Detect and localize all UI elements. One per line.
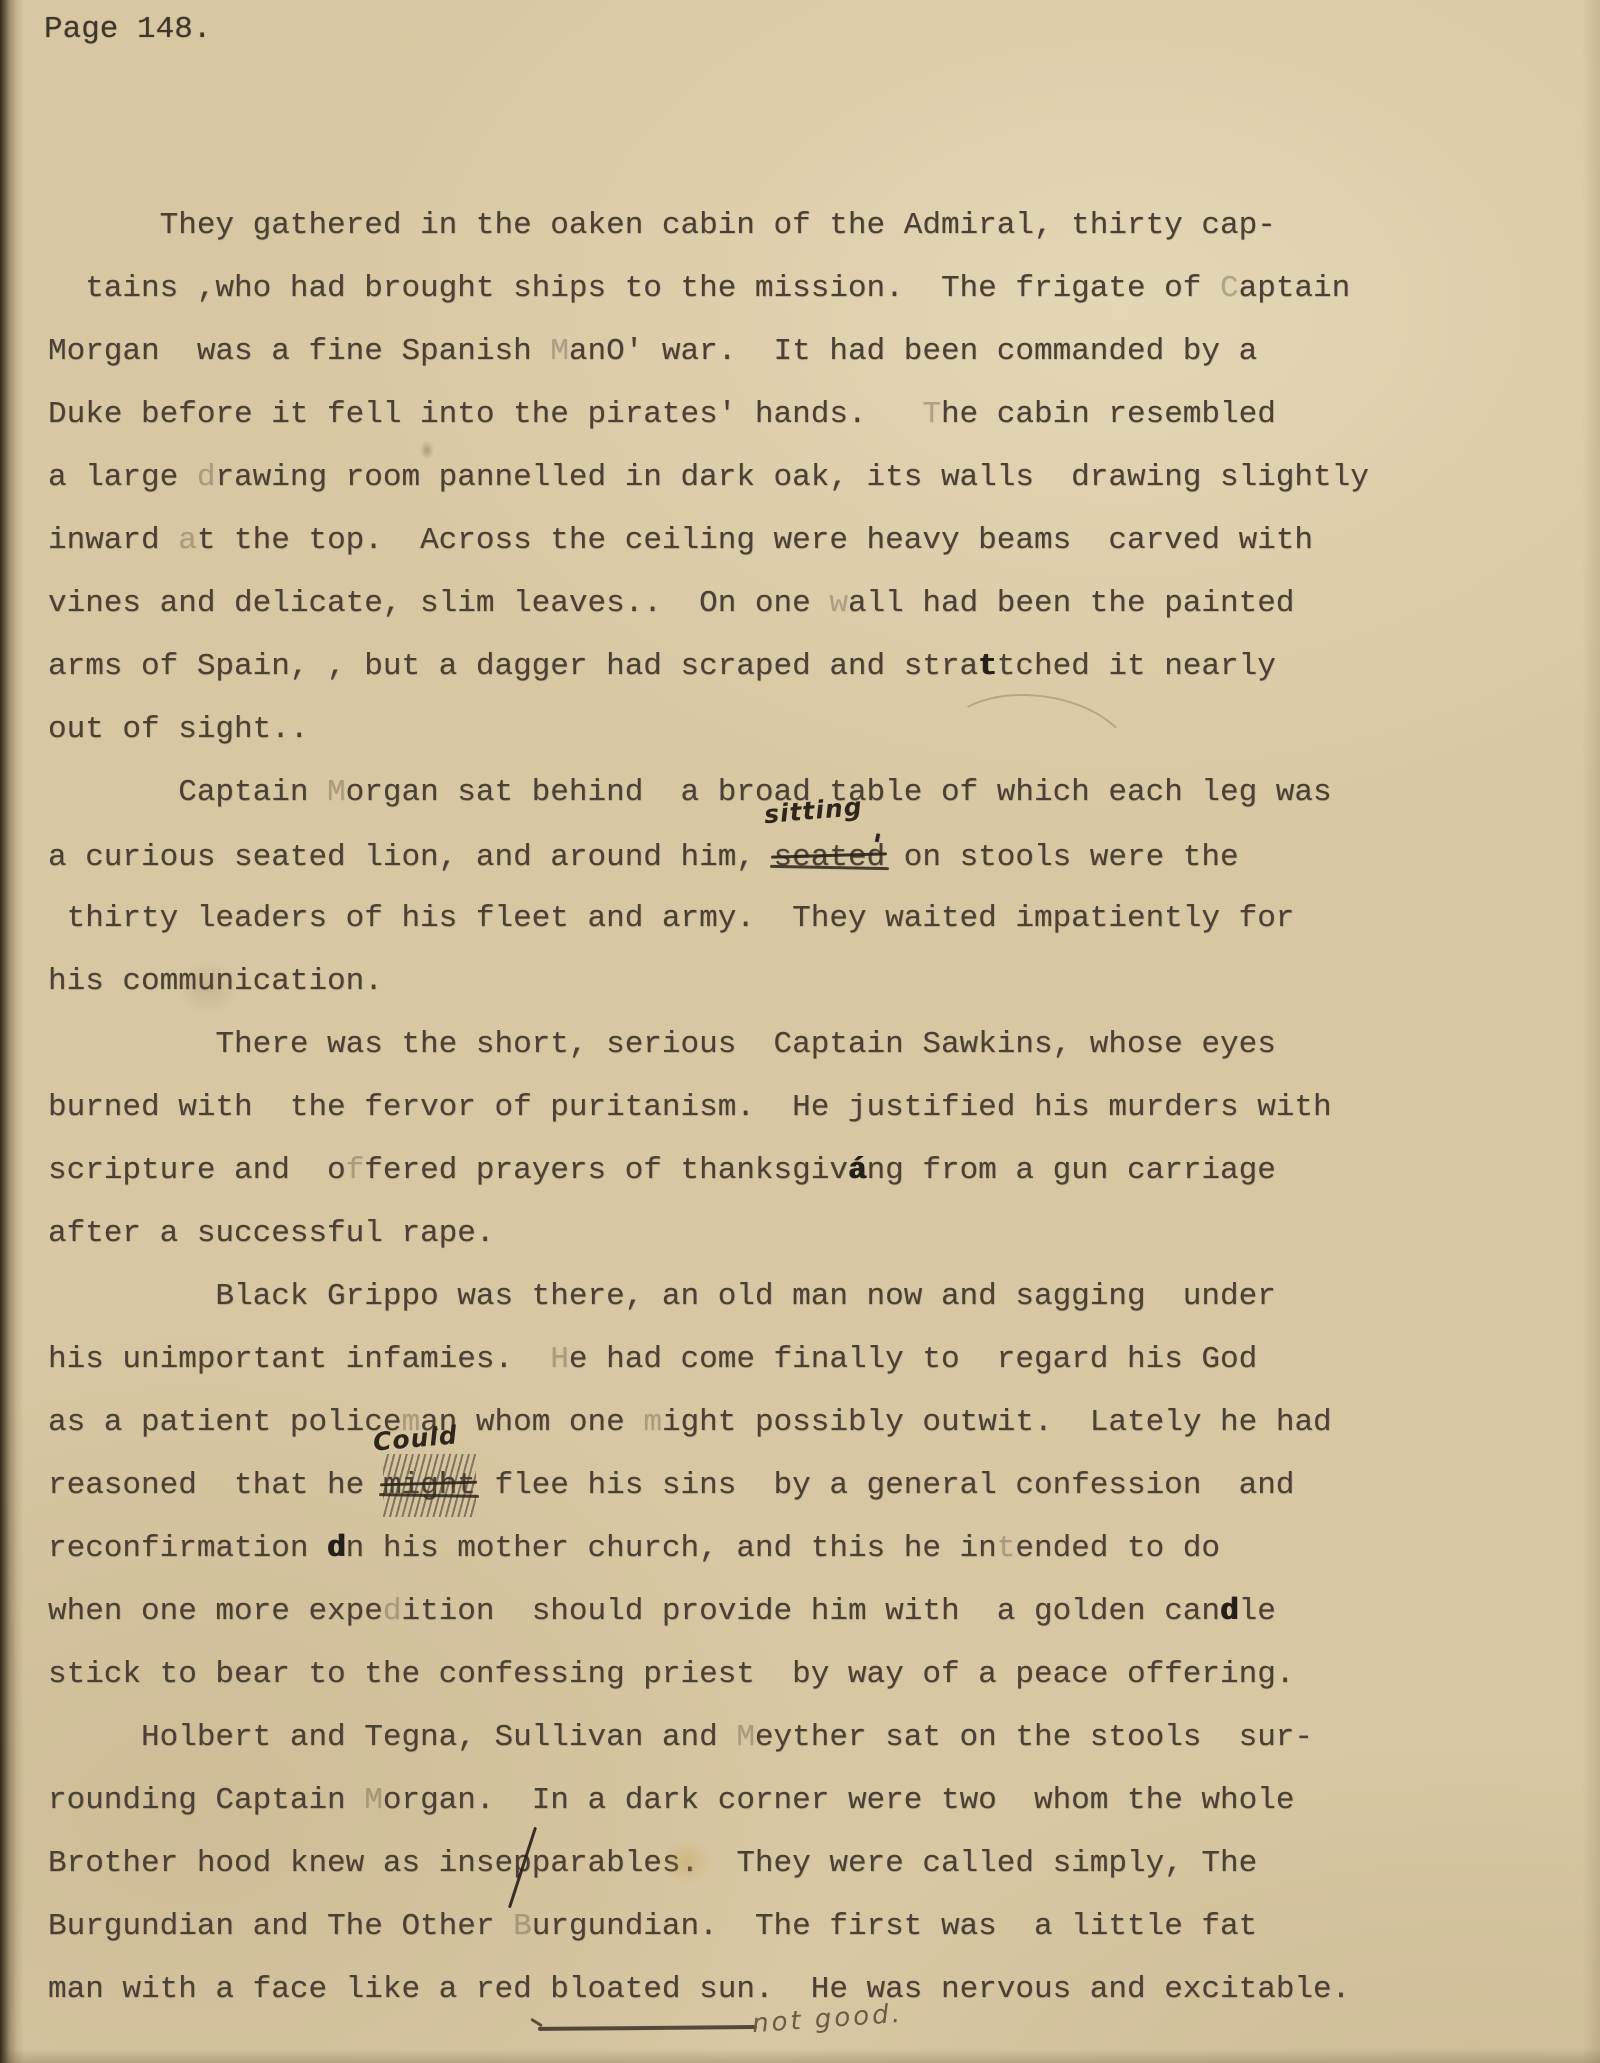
typed-text: Holbert and Tegna, Sullivan and <box>48 1720 736 1755</box>
typed-text: fered prayers of thanksgiv <box>364 1153 848 1188</box>
typescript-line: Holbert and Tegna, Sullivan and Meyther … <box>48 1706 1580 1769</box>
paper-stain <box>660 1840 712 1884</box>
typescript-line: There was the short, serious Captain Saw… <box>48 1013 1580 1076</box>
typescript-line: They gathered in the oaken cabin of the … <box>48 194 1580 257</box>
typescript-line: arms of Spain, , but a dagger had scrape… <box>48 635 1580 698</box>
faded-text: d <box>197 460 216 495</box>
page-number: Page 148. <box>44 12 211 47</box>
typed-text: reconfirmation <box>48 1531 327 1566</box>
typescript-line: Brother hood knew as insepparables. They… <box>48 1832 1580 1895</box>
faded-text: f <box>346 1153 365 1188</box>
typescript-line: a large drawing room pannelled in dark o… <box>48 446 1580 509</box>
typed-text: ight possibly outwit. Lately he had <box>662 1405 1332 1440</box>
typescript-line: out of sight.. <box>48 698 1580 761</box>
typed-text: on stools were the <box>885 840 1238 875</box>
typed-text: Morgan was a fine Spanish <box>48 334 550 369</box>
typed-text: rawing room pannelled in dark oak, its w… <box>215 460 1368 495</box>
overstrike-text: t <box>978 649 997 684</box>
typed-text: Burgundian and The Other <box>48 1909 513 1944</box>
faded-text: B <box>513 1909 532 1944</box>
typescript-line: reasoned that he mightCould flee his sin… <box>48 1454 1580 1517</box>
typed-text: as a patient police <box>48 1405 401 1440</box>
typed-text: inward <box>48 523 178 558</box>
typed-text: le <box>1239 1594 1276 1629</box>
paper-smudge <box>176 960 240 1014</box>
typed-text: man with a face like a red <box>48 1972 550 2007</box>
typed-text: t the top. Across the ceiling were heavy… <box>197 523 1313 558</box>
typed-text: n his mother church, and this he in <box>346 1531 997 1566</box>
typed-text: eyther sat on the stools sur- <box>755 1720 1313 1755</box>
typescript-line: his unimportant infamies. He had come fi… <box>48 1328 1580 1391</box>
typed-text: tched it nearly <box>997 649 1276 684</box>
typed-text: ng from a gun carriage <box>867 1153 1276 1188</box>
faded-text: m <box>643 1405 662 1440</box>
overstrike-text: d <box>327 1531 346 1566</box>
typed-text: out of sight.. <box>48 712 308 747</box>
typescript-line: after a successful rape. <box>48 1202 1580 1265</box>
overstrike-text: d <box>1220 1594 1239 1629</box>
typed-text: urgundian. The first was a little fat <box>532 1909 1258 1944</box>
faded-text: M <box>550 334 569 369</box>
faded-text: H <box>550 1342 569 1377</box>
typed-text: he cabin resembled <box>941 397 1276 432</box>
typescript-line: inward at the top. Across the ceiling we… <box>48 509 1580 572</box>
typed-text: anO' war. It had been commanded by a <box>569 334 1257 369</box>
manuscript-page: Page 148. They gathered in the oaken cab… <box>0 0 1600 2063</box>
typed-text: rounding Captain <box>48 1783 364 1818</box>
typescript-line: Morgan was a fine Spanish ManO' war. It … <box>48 320 1580 383</box>
faded-text: a <box>178 523 197 558</box>
faded-text: d <box>383 1594 402 1629</box>
typed-text: thirty leaders of his fleet and army. Th… <box>48 901 1294 936</box>
typed-text: arms of Spain, , but a dagger had scrape… <box>48 649 978 684</box>
underline-text: bloated sun <box>550 1958 755 2021</box>
typed-text: tains ,who had brought ships to the miss… <box>48 271 1220 306</box>
scan-edge-right <box>1582 0 1600 2063</box>
typed-text: There was the short, serious Captain Saw… <box>48 1027 1276 1062</box>
faded-text: M <box>736 1720 755 1755</box>
typed-text: flee his sins by a general confession an… <box>476 1468 1295 1503</box>
typed-text: ition should provide him with a golden c… <box>401 1594 1220 1629</box>
ink-speck <box>420 440 434 460</box>
typed-text: aptain <box>1239 271 1351 306</box>
scan-edge-bottom <box>0 2049 1600 2063</box>
typescript-line: rounding Captain Morgan. In a dark corne… <box>48 1769 1580 1832</box>
typed-text: reasoned that he <box>48 1468 383 1503</box>
typed-text: They gathered in the oaken cabin of the … <box>48 208 1276 243</box>
faded-text: M <box>364 1783 383 1818</box>
strike-text: might <box>383 1454 476 1517</box>
typed-text: organ. In a dark corner were two whom th… <box>383 1783 1295 1818</box>
typed-text: ended to do <box>1015 1531 1220 1566</box>
typed-text: e had come finally to regard his God <box>569 1342 1257 1377</box>
correction-group: mightCould <box>383 1454 476 1517</box>
typed-text: Brother hood knew as inse <box>48 1846 513 1881</box>
overstrike-text: á <box>848 1153 867 1188</box>
typescript-line: thirty leaders of his fleet and army. Th… <box>48 887 1580 950</box>
typescript-body: They gathered in the oaken cabin of the … <box>48 194 1580 2021</box>
typed-text: after a successful rape. <box>48 1216 494 1251</box>
scan-edge-left <box>0 0 24 2063</box>
typescript-line: burned with the fervor of puritanism. He… <box>48 1076 1580 1139</box>
faded-text: T <box>922 397 941 432</box>
typescript-line: Duke before it fell into the pirates' ha… <box>48 383 1580 446</box>
typed-text: when one more expe <box>48 1594 383 1629</box>
faded-text: C <box>1220 271 1239 306</box>
typed-text: burned with the fervor of puritanism. He… <box>48 1090 1332 1125</box>
typescript-line: scripture and offered prayers of thanksg… <box>48 1139 1580 1202</box>
typescript-line: tains ,who had brought ships to the miss… <box>48 257 1580 320</box>
penslash-text: p <box>513 1832 532 1895</box>
handwritten-correction: Could <box>372 1422 459 1454</box>
typed-text: vines and delicate, slim leaves.. On one <box>48 586 829 621</box>
typescript-line: Black Grippo was there, an old man now a… <box>48 1265 1580 1328</box>
typescript-line: reconfirmation dn his mother church, and… <box>48 1517 1580 1580</box>
typescript-line: vines and delicate, slim leaves.. On one… <box>48 572 1580 635</box>
typed-text: Black Grippo was there, an old man now a… <box>48 1279 1276 1314</box>
faded-text: M <box>327 775 346 810</box>
typescript-line: Burgundian and The Other Burgundian. The… <box>48 1895 1580 1958</box>
typescript-line: when one more expedition should provide … <box>48 1580 1580 1643</box>
typed-text: scripture and o <box>48 1153 346 1188</box>
typed-text: Captain <box>48 775 327 810</box>
typed-text: his unimportant infamies. <box>48 1342 550 1377</box>
typescript-line: stick to bear to the confessing priest b… <box>48 1643 1580 1706</box>
typed-text: parables. They were called simply, The <box>532 1846 1258 1881</box>
typescript-line: a curious seated lion, and around him, s… <box>48 824 1580 887</box>
faded-text: t <box>997 1531 1016 1566</box>
typed-text: a curious seated lion, and around him, <box>48 840 774 875</box>
typed-text: a large <box>48 460 197 495</box>
typescript-line: his communication. <box>48 950 1580 1013</box>
faded-text: w <box>829 586 848 621</box>
typed-text: Duke before it fell into the pirates' ha… <box>48 397 922 432</box>
typed-text: all had been the painted <box>848 586 1294 621</box>
typed-text: stick to bear to the confessing priest b… <box>48 1657 1294 1692</box>
typescript-line: as a patient policeman whom one might po… <box>48 1391 1580 1454</box>
